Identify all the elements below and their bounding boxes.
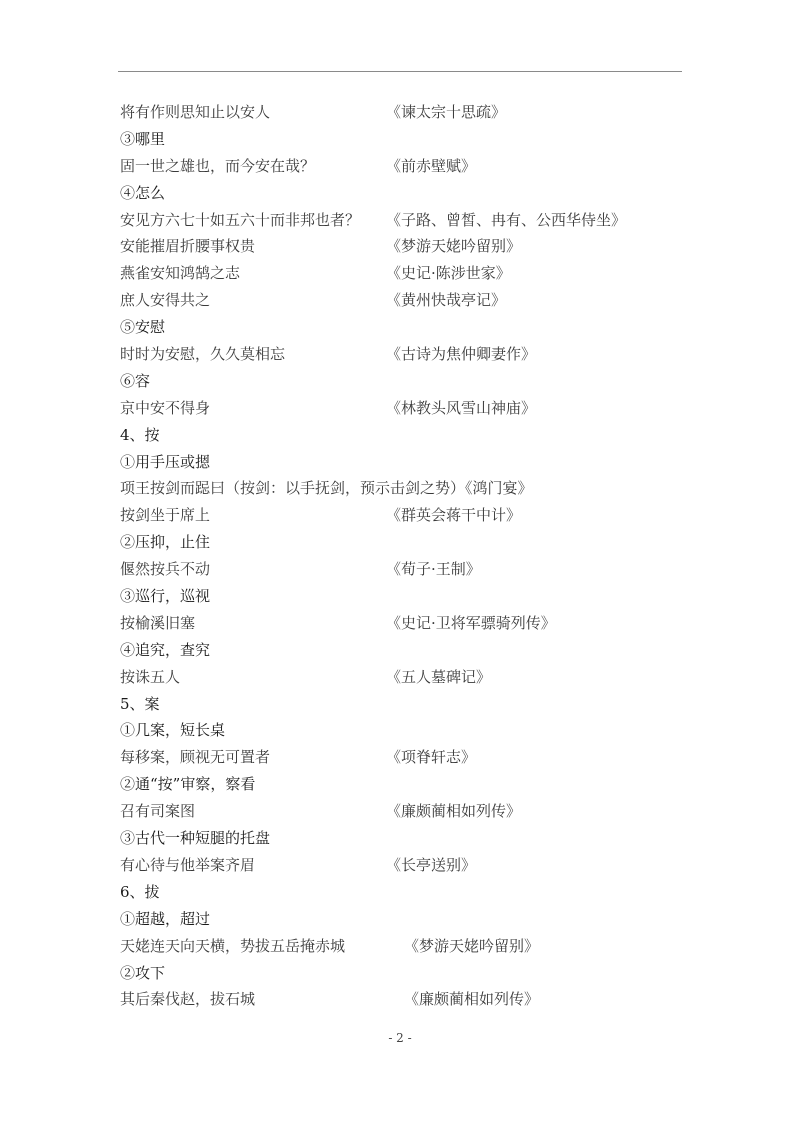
heading-text: ③哪里 — [120, 126, 165, 153]
example-text: 天姥连天向天横，势拔五岳掩赤城 — [120, 933, 345, 960]
section-heading-line: ②压抑，止住 — [120, 529, 690, 556]
section-heading-line: ①用手压或摁 — [120, 449, 690, 476]
heading-text: ④追究，查究 — [120, 637, 210, 664]
page-number: - 2 - — [0, 1031, 800, 1045]
example-line: 其后秦伐赵，拔石城《廉颇蔺相如列传》 — [120, 986, 690, 1013]
example-line: 京中安不得身《林教头风雪山神庙》 — [120, 395, 690, 422]
source-citation: 《荀子·王制》 — [386, 556, 481, 583]
heading-text: 5、案 — [120, 691, 160, 718]
example-line: 偃然按兵不动《荀子·王制》 — [120, 556, 690, 583]
source-citation: 《群英会蒋干中计》 — [386, 502, 521, 529]
example-text: 时时为安慰，久久莫相忘 — [120, 341, 285, 368]
heading-text: ②通“按”审察，察看 — [120, 771, 255, 798]
section-heading-line: ①超越，超过 — [120, 906, 690, 933]
example-line: 项王按剑而跽曰（按剑：以手抚剑，预示击剑之势）《鸿门宴》 — [120, 475, 690, 502]
example-line: 按榆溪旧塞《史记·卫将军骠骑列传》 — [120, 610, 690, 637]
example-line: 按诛五人《五人墓碑记》 — [120, 664, 690, 691]
section-heading-line: 4、按 — [120, 422, 690, 449]
source-citation: 《廉颇蔺相如列传》 — [404, 986, 539, 1013]
example-line: 每移案，顾视无可置者《项脊轩志》 — [120, 744, 690, 771]
example-line: 召有司案图《廉颇蔺相如列传》 — [120, 798, 690, 825]
example-text: 按榆溪旧塞 — [120, 610, 195, 637]
source-citation: 《梦游天姥吟留别》 — [386, 233, 521, 260]
example-line: 将有作则思知止以安人《谏太宗十思疏》 — [120, 99, 690, 126]
section-heading-line: ①几案，短长桌 — [120, 717, 690, 744]
section-heading-line: ⑥容 — [120, 368, 690, 395]
source-citation: 《黄州快哉亭记》 — [386, 287, 506, 314]
section-heading-line: ③古代一种短腿的托盘 — [120, 825, 690, 852]
example-text: 偃然按兵不动 — [120, 556, 210, 583]
source-citation: 《五人墓碑记》 — [386, 664, 491, 691]
heading-text: ⑥容 — [120, 368, 150, 395]
section-heading-line: 6、拔 — [120, 879, 690, 906]
heading-text: ②压抑，止住 — [120, 529, 210, 556]
section-heading-line: ④追究，查究 — [120, 637, 690, 664]
example-text: 按剑坐于席上 — [120, 502, 210, 529]
source-citation: 《项脊轩志》 — [386, 744, 476, 771]
example-text: 每移案，顾视无可置者 — [120, 744, 270, 771]
source-citation: 《廉颇蔺相如列传》 — [386, 798, 521, 825]
section-heading-line: ③哪里 — [120, 126, 690, 153]
example-line: 庶人安得共之《黄州快哉亭记》 — [120, 287, 690, 314]
source-citation: 《子路、曾皙、冉有、公西华侍坐》 — [386, 207, 626, 234]
source-citation: 《前赤壁赋》 — [386, 153, 476, 180]
section-heading-line: ②通“按”审察，察看 — [120, 771, 690, 798]
document-body: 将有作则思知止以安人《谏太宗十思疏》③哪里固一世之雄也，而今安在哉？《前赤壁赋》… — [120, 99, 690, 1013]
example-text: 燕雀安知鸿鹄之志 — [120, 260, 240, 287]
section-heading-line: 5、案 — [120, 691, 690, 718]
example-text: 京中安不得身 — [120, 395, 210, 422]
source-citation: 《史记·卫将军骠骑列传》 — [386, 610, 556, 637]
heading-text: ①几案，短长桌 — [120, 717, 225, 744]
heading-text: 4、按 — [120, 422, 160, 449]
example-text: 按诛五人 — [120, 664, 180, 691]
heading-text: ①用手压或摁 — [120, 449, 210, 476]
example-line: 有心待与他举案齐眉《长亭送别》 — [120, 852, 690, 879]
source-citation: 《古诗为焦仲卿妻作》 — [386, 341, 536, 368]
heading-text: ①超越，超过 — [120, 906, 210, 933]
example-text: 安能摧眉折腰事权贵 — [120, 233, 255, 260]
example-text: 庶人安得共之 — [120, 287, 210, 314]
heading-text: ②攻下 — [120, 960, 165, 987]
section-heading-line: ④怎么 — [120, 180, 690, 207]
example-line: 天姥连天向天横，势拔五岳掩赤城《梦游天姥吟留别》 — [120, 933, 690, 960]
heading-text: ③巡行，巡视 — [120, 583, 210, 610]
heading-text: 6、拔 — [120, 879, 160, 906]
source-citation: 《长亭送别》 — [386, 852, 476, 879]
section-heading-line: ②攻下 — [120, 960, 690, 987]
example-text: 有心待与他举案齐眉 — [120, 852, 255, 879]
source-citation: 《梦游天姥吟留别》 — [404, 933, 539, 960]
example-text: 其后秦伐赵，拔石城 — [120, 986, 255, 1013]
example-text: 安见方六七十如五六十而非邦也者？ — [120, 207, 360, 234]
example-text: 项王按剑而跽曰（按剑：以手抚剑，预示击剑之势）《鸿门宴》 — [120, 475, 533, 502]
heading-text: ④怎么 — [120, 180, 165, 207]
heading-text: ③古代一种短腿的托盘 — [120, 825, 270, 852]
source-citation: 《史记·陈涉世家》 — [386, 260, 511, 287]
example-line: 燕雀安知鸿鹄之志《史记·陈涉世家》 — [120, 260, 690, 287]
heading-text: ⑤安慰 — [120, 314, 165, 341]
section-heading-line: ⑤安慰 — [120, 314, 690, 341]
example-line: 安见方六七十如五六十而非邦也者？《子路、曾皙、冉有、公西华侍坐》 — [120, 207, 690, 234]
example-line: 时时为安慰，久久莫相忘《古诗为焦仲卿妻作》 — [120, 341, 690, 368]
section-heading-line: ③巡行，巡视 — [120, 583, 690, 610]
source-citation: 《林教头风雪山神庙》 — [386, 395, 536, 422]
header-rule — [118, 71, 682, 72]
example-line: 按剑坐于席上《群英会蒋干中计》 — [120, 502, 690, 529]
example-text: 召有司案图 — [120, 798, 195, 825]
example-text: 将有作则思知止以安人 — [120, 99, 270, 126]
example-line: 固一世之雄也，而今安在哉？《前赤壁赋》 — [120, 153, 690, 180]
example-text: 固一世之雄也，而今安在哉？ — [120, 153, 315, 180]
source-citation: 《谏太宗十思疏》 — [386, 99, 506, 126]
example-line: 安能摧眉折腰事权贵《梦游天姥吟留别》 — [120, 233, 690, 260]
